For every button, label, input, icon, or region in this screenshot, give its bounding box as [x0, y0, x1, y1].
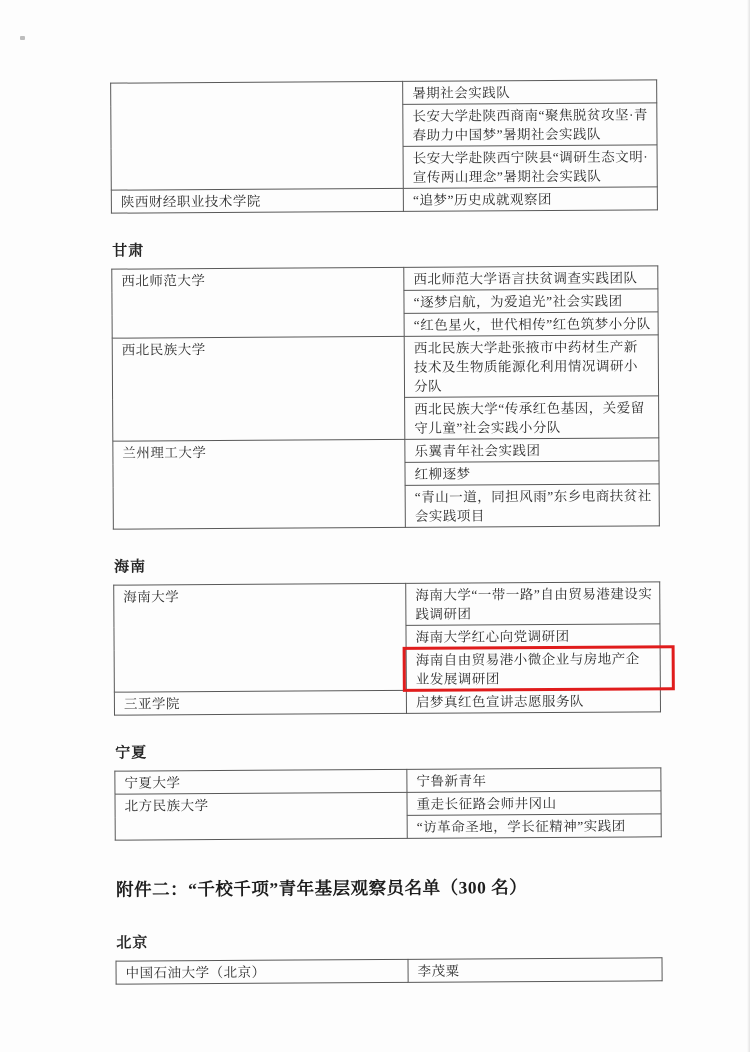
team-name-text: 李茂粟	[418, 964, 460, 979]
table-row: 西北师范大学西北师范大学语言扶贫调查实践团队	[112, 266, 658, 292]
team-name-cell: “青山一道，同担风雨”东乡电商扶贫社会实践项目	[405, 484, 659, 528]
section-heading: 甘肃	[112, 236, 658, 260]
team-name-text: 海南自由贸易港小微企业与房地产企业发展调研团	[416, 651, 640, 686]
team-name-text: 宁鲁新青年	[416, 773, 486, 788]
team-name-text: 海南大学红心向党调研团	[416, 629, 570, 645]
team-name-text: 红柳逐梦	[415, 466, 471, 481]
team-name-cell: 暑期社会实践队	[403, 80, 657, 105]
school-name-cell: 三亚学院	[114, 690, 406, 715]
team-name-text: 西北师范大学语言扶贫调查实践团队	[413, 270, 637, 286]
scan-speck	[20, 36, 25, 40]
table-row: 北方民族大学重走长征路会师井冈山	[115, 791, 661, 817]
team-name-cell: 启梦真红色宣讲志愿服务队	[406, 689, 660, 714]
schools-teams-table: 西北师范大学西北师范大学语言扶贫调查实践团队“逐梦启航，为爱追光”社会实践团“红…	[111, 265, 660, 529]
team-name-cell: “访革命圣地，学长征精神”实践团	[407, 814, 661, 839]
team-name-text: 启梦真红色宣讲志愿服务队	[416, 694, 584, 710]
team-name-cell: 乐翼青年社会实践团	[405, 438, 659, 463]
main-sections: 暑期社会实践队长安大学赴陕西商南“聚焦脱贫攻坚·青春助力中国梦”暑期社会实践队长…	[110, 79, 662, 840]
table-row: 暑期社会实践队	[111, 80, 657, 106]
team-name-text: 西北民族大学“传承红色基因，关爱留守儿童”社会实践小分队	[414, 400, 645, 435]
team-name-cell: 长安大学赴陕西宁陕县“调研生态文明·宣传两山理念”暑期社会实践队	[403, 145, 657, 189]
team-name-cell: 长安大学赴陕西商南“聚焦脱贫攻坚·青春助力中国梦”暑期社会实践队	[403, 103, 657, 147]
team-name-cell: “追梦”历史成就观察团	[403, 187, 657, 212]
team-name-cell: 西北民族大学“传承红色基因，关爱留守儿童”社会实践小分队	[405, 396, 659, 440]
team-name-cell: 西北师范大学语言扶贫调查实践团队	[404, 266, 658, 291]
team-name-text: 暑期社会实践队	[412, 85, 510, 101]
school-name-cell: 宁夏大学	[115, 769, 407, 794]
team-name-cell: 宁鲁新青年	[407, 768, 661, 793]
team-name-cell: 西北民族大学赴张掖市中药材生产新技术及生物质能源化利用情况调研小分队	[404, 335, 658, 398]
team-name-text: 海南大学“一带一路”自由贸易港建设实践调研团	[415, 586, 652, 621]
team-name-text: “青山一道，同担风雨”东乡电商扶贫社会实践项目	[415, 488, 652, 523]
team-name-cell: 海南大学红心向党调研团	[406, 624, 660, 649]
appendix-two-title: 附件二：“千校千项”青年基层观察员名单（300 名）	[116, 873, 662, 901]
school-name-cell: 陕西财经职业技术学院	[111, 188, 403, 213]
table-row: 海南大学海南大学“一带一路”自由贸易港建设实践调研团	[114, 582, 660, 627]
team-name-text: 长安大学赴陕西宁陕县“调研生态文明·宣传两山理念”暑期社会实践队	[413, 149, 649, 184]
team-name-text: “访革命圣地，学长征精神”实践团	[417, 819, 626, 835]
school-name-cell: 西北民族大学	[112, 336, 405, 441]
team-name-cell: 红柳逐梦	[405, 461, 659, 486]
team-name-cell: 海南大学“一带一路”自由贸易港建设实践调研团	[406, 582, 660, 626]
school-name-cell: 北方民族大学	[115, 792, 407, 840]
school-name-cell: 中国石油大学（北京）	[116, 959, 408, 984]
section-heading: 海南	[114, 552, 660, 576]
team-name-text: “追梦”历史成就观察团	[413, 192, 552, 208]
team-name-text: “红色星火，世代相传”红色筑梦小分队	[414, 316, 651, 332]
school-name-cell	[111, 81, 404, 190]
section-heading: 宁夏	[115, 738, 661, 762]
team-name-cell: 李茂粟	[408, 958, 662, 983]
team-name-cell: “逐梦启航，为爱追光”社会实践团	[404, 289, 658, 314]
team-name-cell: 重走长征路会师井冈山	[407, 791, 661, 816]
table-row: 兰州理工大学乐翼青年社会实践团	[113, 438, 659, 464]
school-name-cell: 兰州理工大学	[113, 439, 406, 529]
table-row: 陕西财经职业技术学院“追梦”历史成就观察团	[111, 187, 657, 213]
team-name-cell: “红色星火，世代相传”红色筑梦小分队	[404, 312, 658, 337]
table-row: 中国石油大学（北京）李茂粟	[116, 958, 662, 984]
school-name-cell: 海南大学	[114, 583, 407, 692]
schools-teams-table: 海南大学海南大学“一带一路”自由贸易港建设实践调研团海南大学红心向党调研团海南自…	[113, 581, 661, 715]
schools-teams-table: 宁夏大学宁鲁新青年北方民族大学重走长征路会师井冈山“访革命圣地，学长征精神”实践…	[114, 767, 661, 840]
team-name-text: 西北民族大学赴张掖市中药材生产新技术及生物质能源化利用情况调研小分队	[414, 339, 638, 393]
schools-teams-table: 中国石油大学（北京）李茂粟	[115, 957, 662, 984]
document-content: 暑期社会实践队长安大学赴陕西商南“聚焦脱贫攻坚·青春助力中国梦”暑期社会实践队长…	[110, 57, 663, 984]
team-name-text: 乐翼青年社会实践团	[414, 443, 540, 459]
team-name-text: “逐梦启航，为爱追光”社会实践团	[414, 294, 623, 310]
table-row: 宁夏大学宁鲁新青年	[115, 768, 661, 794]
appendix-sections: 北京中国石油大学（北京）李茂粟	[115, 928, 662, 984]
school-name-cell: 西北师范大学	[112, 267, 404, 338]
table-row: 西北民族大学西北民族大学赴张掖市中药材生产新技术及生物质能源化利用情况调研小分队	[112, 335, 658, 399]
section-heading: 北京	[116, 928, 662, 952]
team-name-cell: 海南自由贸易港小微企业与房地产企业发展调研团	[406, 647, 660, 691]
table-row: 三亚学院启梦真红色宣讲志愿服务队	[114, 689, 660, 715]
team-name-text: 长安大学赴陕西商南“聚焦脱贫攻坚·青春助力中国梦”暑期社会实践队	[412, 107, 648, 142]
team-name-text: 重走长征路会师井冈山	[417, 796, 557, 812]
scanned-document-page: 暑期社会实践队长安大学赴陕西商南“聚焦脱贫攻坚·青春助力中国梦”暑期社会实践队长…	[0, 0, 750, 1052]
schools-teams-table: 暑期社会实践队长安大学赴陕西商南“聚焦脱贫攻坚·青春助力中国梦”暑期社会实践队长…	[110, 79, 658, 213]
